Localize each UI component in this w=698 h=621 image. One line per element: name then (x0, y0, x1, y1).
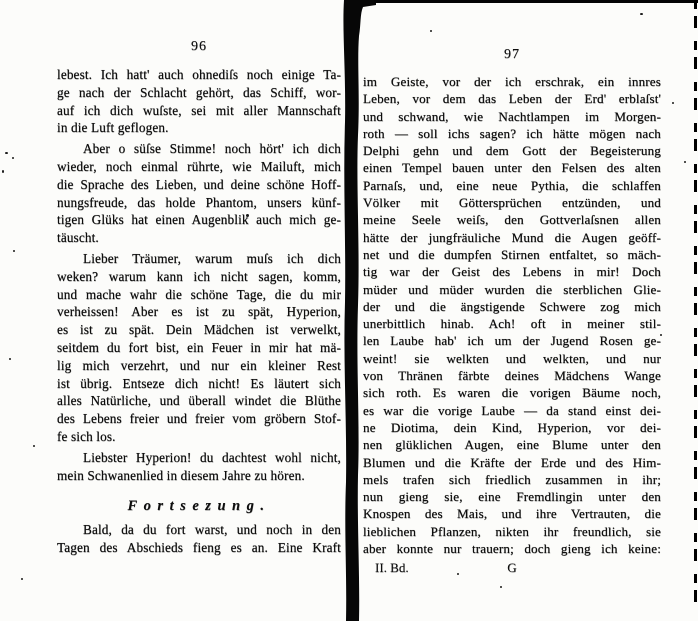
text-line: sich roth. Es waren die vorigen Bäume no… (363, 384, 661, 401)
printer-signature: G (363, 559, 661, 576)
text-line: Aber o süſse Stimme! noch hört' ich dich (57, 140, 341, 158)
text-line: es war die vorige Laube — da stand einst… (363, 402, 661, 419)
scan-edge-top (374, 0, 698, 3)
text-line: ne Diotima, dein Kind, Hyperion, vor dei… (363, 419, 661, 436)
text-line: verheissen! Aber es ist zu spät, Hyperio… (57, 303, 341, 321)
ink-speck (5, 152, 8, 154)
text-line: nen glüklichen Augen, eine Blume unter d… (363, 436, 661, 453)
text-line: der und die ängstigende Schwere zog mich (363, 298, 661, 315)
text-line: seitdem du fort bist, ein Feuer in mir h… (57, 339, 341, 357)
text-line: lieblichen Pflanzen, nikten ihr freundli… (363, 523, 661, 540)
ink-speck (430, 30, 432, 32)
ink-speck (457, 573, 459, 575)
scan-edge-right (694, 0, 697, 612)
text-line: in die Luft geflogen. (57, 119, 341, 137)
text-line: die Sprache des Lieben, und deine schöne… (57, 176, 341, 194)
text-line: Lieber Träumer, warum muſs ich dich (57, 250, 341, 268)
text-line: auf ich dich wuſste, sei mit aller Manns… (57, 102, 341, 120)
text-line: es ist zu spät. Dein Mädchen ist verwelk… (57, 321, 341, 339)
text-line: Delphi gehn und dem Gott der Begeisterun… (363, 142, 661, 159)
paragraph: Aber o süſse Stimme! noch hört' ich dich… (57, 140, 341, 247)
text-line: mels trafen sich friedlich zusammen in i… (363, 471, 661, 488)
text-line: Knospen des Mais, und ihre Vertrauten, d… (363, 505, 661, 522)
ink-speck (684, 161, 686, 163)
page-96: 96 lebest. Ich hatt' auch ohnediſs noch … (57, 38, 341, 557)
ink-speck (246, 214, 249, 217)
ink-speck (672, 102, 674, 104)
text-line: Liebster Hyperion! du dachtest wohl nich… (57, 449, 341, 467)
text-line: aber konnte nur trauern; doch gieng ich … (363, 540, 661, 557)
text-line: Tagen des Abschieds fieng es an. Eine Kr… (57, 539, 341, 557)
text-line: lig mich verzehrt, und nur ein kleiner R… (57, 357, 341, 375)
paragraph: im Geiste, vor der ich erschrak, ein inn… (363, 73, 661, 557)
text-line: nun gieng sie, eine Fremdlingin unter de… (363, 488, 661, 505)
text-line: fe sich los. (57, 428, 341, 446)
ink-speck (2, 170, 4, 173)
ink-speck (21, 578, 23, 580)
text-line: Parnaſs, und, eine neue Pythia, die schl… (363, 177, 661, 194)
paragraph: Bald, da du fort warst, und noch in den … (57, 521, 341, 557)
text-line: alles Natürliche, und überall windet die… (57, 392, 341, 410)
text-line: lebest. Ich hatt' auch ohnediſs noch ein… (57, 66, 341, 84)
text-line: ist übrig. Entseze dich nicht! Es läuter… (57, 375, 341, 393)
text-line: müder und müder wurden die sterblichen G… (363, 281, 661, 298)
text-line: nungsfreude, das holde Phantom, unsers k… (57, 194, 341, 212)
ink-speck (13, 250, 15, 252)
text-line: Bald, da du fort warst, und noch in den (57, 521, 341, 539)
text-line: ge nach der Schlacht gehört, das Schiff,… (57, 84, 341, 102)
paragraph: Liebster Hyperion! du dachtest wohl nich… (57, 449, 341, 485)
text-line: tig war der Geist des Lebens in mir! Doc… (363, 263, 661, 280)
text-line: weint! sie welkten und welkten, und nur (363, 350, 661, 367)
scanned-book-spread: 96 lebest. Ich hatt' auch ohnediſs noch … (0, 0, 698, 621)
text-line: des Lebens freier und freier vom gröbern… (57, 410, 341, 428)
text-line: mein Schwanenlied in diesem Jahre zu hör… (57, 467, 341, 485)
text-line: wieder, noch einmal rührte, wie Mailuft,… (57, 158, 341, 176)
page-number: 97 (363, 46, 661, 64)
text-line: Leben, vor dem das Leben der Erd' erblaſ… (363, 90, 661, 107)
text-line: im Geiste, vor der ich erschrak, ein inn… (363, 73, 661, 90)
text-line: Völker mit Göttersprüchen entzünden, und (363, 194, 661, 211)
paragraph: Lieber Träumer, warum muſs ich dich weke… (57, 250, 341, 446)
text-line: roth — soll ichs sagen? ich hätte mögen … (363, 125, 661, 142)
text-line: len Laube hab' ich um der Jugend Rosen g… (363, 332, 661, 349)
text-line: meine Seele weiſs, den Gottverlaſsnen al… (363, 211, 661, 228)
paragraph: lebest. Ich hatt' auch ohnediſs noch ein… (57, 66, 341, 137)
page-number: 96 (57, 38, 341, 56)
text-line: von Thränen färbte deines Mädchens Wange (363, 367, 661, 384)
ink-speck (9, 358, 11, 360)
text-line: unerbittlich hinab. Ach! oft in meiner s… (363, 315, 661, 332)
text-line: tigen Glüks hat einen Augenblik auch mic… (57, 211, 341, 229)
text-line: täuscht. (57, 229, 341, 247)
text-line: und mache wahr die schöne Tage, die du m… (57, 286, 341, 304)
text-line: hätte der jungfräuliche Mund die Augen g… (363, 229, 661, 246)
section-heading: Fortsezung. (57, 497, 341, 515)
ink-speck (660, 334, 662, 336)
ink-speck (500, 586, 502, 588)
text-line: weken? warum kann ich nicht sagen, komm, (57, 268, 341, 286)
text-line: Blumen und die Kräfte der Erde und des H… (363, 454, 661, 471)
page-footer: II. Bd. G (363, 559, 661, 576)
ink-speck (12, 157, 14, 159)
ink-speck (33, 445, 35, 447)
ink-speck (640, 13, 643, 15)
text-line: einen Tempel bauen unter den Felsen des … (363, 159, 661, 176)
gutter-shadow (330, 0, 378, 621)
text-line: und schwand, wie Nachtlampen im Morgen- (363, 108, 661, 125)
page-97: 97 im Geiste, vor der ich erschrak, ein … (363, 46, 661, 576)
text-line: net und die dumpfen Stirnen entfaltet, s… (363, 246, 661, 263)
